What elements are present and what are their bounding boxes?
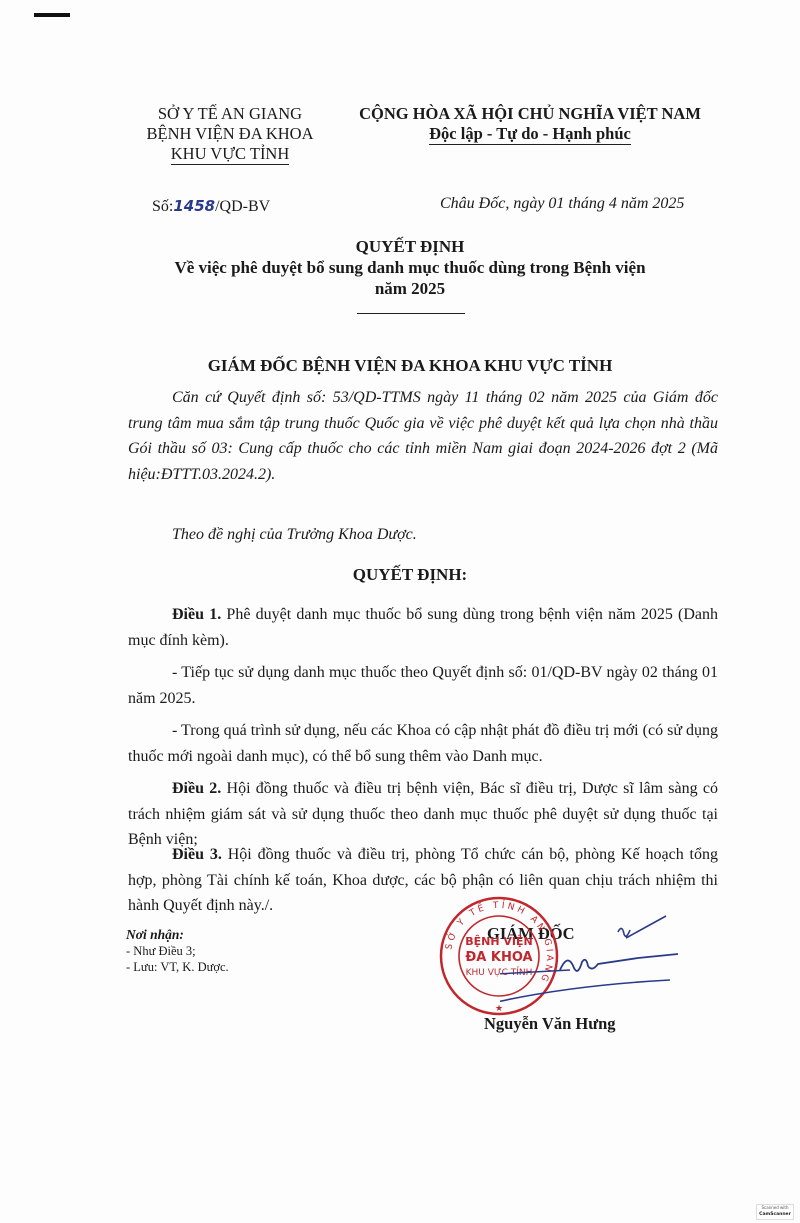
signature-icon: [500, 910, 680, 1020]
national-header: CỘNG HÒA XÃ HỘI CHỦ NGHĨA VIỆT NAM Độc l…: [335, 104, 725, 145]
signatory-name: Nguyễn Văn Hưng: [484, 1014, 616, 1034]
corner-mark: [34, 13, 70, 17]
agency-name-line2: KHU VỰC TỈNH: [171, 144, 290, 165]
national-motto: Độc lập - Tự do - Hạnh phúc: [429, 124, 631, 145]
issuing-agency: SỞ Y TẾ AN GIANG BỆNH VIỆN ĐA KHOA KHU V…: [110, 104, 350, 165]
title-divider: [357, 313, 465, 314]
title-subject-year: năm 2025: [100, 278, 720, 299]
title-heading: QUYẾT ĐỊNH: [100, 236, 720, 257]
handwritten-number: 1458: [173, 197, 215, 215]
article-label: Điều 2.: [172, 780, 221, 797]
nation-name: CỘNG HÒA XÃ HỘI CHỦ NGHĨA VIỆT NAM: [335, 104, 725, 124]
document-title: QUYẾT ĐỊNH Về việc phê duyệt bổ sung dan…: [100, 236, 720, 299]
article-1-clause-a: - Tiếp tục sử dụng danh mục thuốc theo Q…: [128, 660, 718, 711]
agency-parent: SỞ Y TẾ AN GIANG: [110, 104, 350, 124]
preamble-proposal: Theo đề nghị của Trưởng Khoa Dược.: [128, 522, 718, 548]
recipients-heading: Nơi nhận:: [126, 927, 229, 943]
article-3: Điều 3. Hội đồng thuốc và điều trị, phòn…: [128, 842, 718, 919]
recipient-item: - Lưu: VT, K. Dược.: [126, 959, 229, 975]
agency-name: BỆNH VIỆN ĐA KHOA: [110, 124, 350, 144]
article-label: Điều 3.: [172, 846, 222, 863]
recipients: Nơi nhận: - Như Điều 3; - Lưu: VT, K. Dư…: [126, 927, 229, 975]
authority-heading: GIÁM ĐỐC BỆNH VIỆN ĐA KHOA KHU VỰC TỈNH: [100, 356, 720, 376]
camscanner-watermark: Scanned with CamScanner: [756, 1204, 794, 1220]
article-1: Điều 1. Phê duyệt danh mục thuốc bổ sung…: [128, 602, 718, 653]
article-label: Điều 1.: [172, 606, 221, 623]
document-number: Số:1458/QD-BV: [152, 197, 270, 216]
preamble-basis: Căn cứ Quyết định số: 53/QD-TTMS ngày 11…: [128, 385, 718, 487]
decides-heading: QUYẾT ĐỊNH:: [100, 565, 720, 585]
title-subject: Về việc phê duyệt bổ sung danh mục thuốc…: [100, 257, 720, 278]
place-date: Châu Đốc, ngày 01 tháng 4 năm 2025: [440, 195, 684, 213]
recipient-item: - Như Điều 3;: [126, 943, 229, 959]
article-1-clause-b: - Trong quá trình sử dụng, nếu các Khoa …: [128, 718, 718, 769]
